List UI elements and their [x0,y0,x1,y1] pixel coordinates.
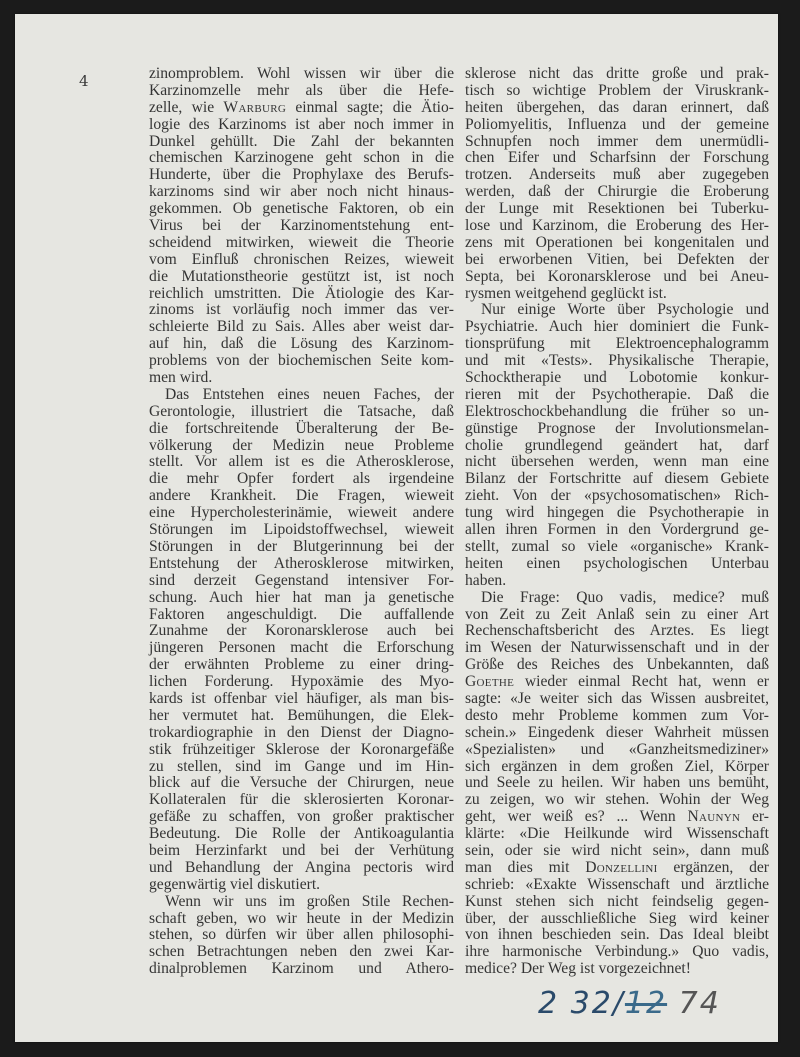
author-name: Donzellini [585,859,657,876]
text-line: men wird. [149,370,454,387]
text-line: Faktoren angeschuldigt. Die auffallende [149,607,454,624]
text-line: Virus bei der Karzinomentstehung ent- [149,218,454,235]
text-line: sklerose nicht das dritte große und prak… [465,66,769,83]
text-line: die fortschreitende Überalterung der Be- [149,421,454,438]
text-line: günstige Prognose der Involutionsmelan- [465,421,769,438]
text-line: schen Betrachtungen neben den zwei Kar- [149,944,454,961]
right-text-column: sklerose nicht das dritte große und prak… [465,66,769,978]
text-line: schleierte Bild zu Sais. Alles aber weis… [149,319,454,336]
text-line: die mehr Opfer fordert als irgendeine [149,471,454,488]
text-line: andere Krankheit. Die Fragen, wieweit [149,488,454,505]
text-line: chemischen Karzinogene geht schon in die [149,150,454,167]
text-line: von ihnen beschieden sein. Das Ideal ble… [465,927,769,944]
text-line: Schocktherapie und Lobotomie konkur- [465,370,769,387]
text-line: «Spezialisten» und «Ganzheitsmediziner» [465,742,769,759]
text-line: Nur einige Worte über Psychologie und [465,302,769,319]
text-line: Poliomyelitis, Influenza und der gemeine [465,117,769,134]
text-line: Größe des Reiches des Unbekannten, daß [465,657,769,674]
text-line: scheidend mitwirken, wieweit die Theorie [149,235,454,252]
text-line: stik frühzeitiger Sklerose der Koronarge… [149,742,454,759]
text-line: Kollateralen für die sklerosierten Koron… [149,792,454,809]
text-line: allen ihren Formen in den Vordergrund ge… [465,522,769,539]
text-line: Hunderte, über die Prophylaxe des Berufs… [149,167,454,184]
text-line: stellt, zumal so viele «organische» Kran… [465,539,769,556]
text-line: heiten übergehen, das daran erinnert, da… [465,100,769,117]
author-name: Naunyn [687,808,740,825]
text-line: gefäße zu schaffen, von großer praktisch… [149,809,454,826]
text-line: schaft geben, wo wir heute in der Medizi… [149,911,454,928]
text-line: auf hin, daß die Lösung des Karzinom- [149,336,454,353]
text-line: schein.» Eingedenk dieser Wahrheit müsse… [465,725,769,742]
text-line: heiten einen psychologischen Unterbau [465,556,769,573]
text-line: zens mit Operationen bei kongenitalen un… [465,235,769,252]
text-line: im Wesen der Naturwissenschaft und in de… [465,640,769,657]
text-line: man dies mit Donzellini ergänzen, der [465,860,769,877]
text-line: trotzen. Anderseits muß aber zugegeben [465,167,769,184]
text-line: Psychiatrie. Auch hier dominiert die Fun… [465,319,769,336]
text-line: zinoms ist vorläufig noch immer das ver- [149,302,454,319]
struck-number: 12 [625,986,667,1021]
text-line: Goethe wieder einmal Recht hat, wenn er [465,674,769,691]
text-line: rysmen weitgehend geglückt ist. [465,286,769,303]
author-name: Warburg [223,99,286,116]
text-line: zieht. Von der «psychosomatischen» Rich- [465,488,769,505]
text-line: über, der ausschließliche Sieg wird kein… [465,911,769,928]
text-line: zinomproblem. Wohl wissen wir über die [149,66,454,83]
text-line: Das Entstehen eines neuen Faches, der [149,387,454,404]
text-line: zu stellen, sind im Gange und im Hin- [149,759,454,776]
text-line: problems von der biochemischen Seite kom… [149,353,454,370]
ink-number: 2 32/ [538,986,625,1021]
text-line: lichen Forderung. Hypoxämie des Myo- [149,674,454,691]
text-line: beim Herzinfarkt und bei der Verhütung [149,843,454,860]
text-line: stehen, so dürfen wir über allen philoso… [149,927,454,944]
text-line: Störungen in der Blutgerinnung bei der [149,539,454,556]
text-line: Gerontologie, illustriert die Tatsache, … [149,404,454,421]
text-line: zelle, wie Warburg einmal sagte; die Äti… [149,100,454,117]
text-line: Störungen im Lipoidstoffwechsel, wieweit [149,522,454,539]
text-line: Karzinomzelle mehr als über die Hefe- [149,83,454,100]
text-line: lose und Karzinom, die Eroberung des Her… [465,218,769,235]
text-line: Schnupfen noch immer dem unermüdli- [465,134,769,151]
text-line: Bilanz der Fortschritte auf diesem Gebie… [465,471,769,488]
text-line: klärte: «Die Heilkunde wird Wissenschaft [465,826,769,843]
text-line: stellt. Vor allem ist es die Atheroskler… [149,454,454,471]
text-line: Zunahme der Koronarsklerose auch bei [149,623,454,640]
text-line: dinalproblemen Karzinom und Athero- [149,961,454,978]
text-line: ihre harmonische Verbindung.» Quo vadis, [465,944,769,961]
text-line: desto mehr Probleme kommen zum Vor- [465,708,769,725]
text-line: völkerung der Medizin neue Probleme [149,438,454,455]
text-line: sein, oder sie wird nicht sein», dann mu… [465,843,769,860]
text-line: tionsprüfung mit Elektroencephalogramm [465,336,769,353]
text-line: schung. Auch hier hat man ja genetische [149,590,454,607]
text-line: Dunkel gehüllt. Die Zahl der bekannten [149,134,454,151]
text-line: jüngeren Personen macht die Erforschung [149,640,454,657]
text-line: Entstehung der Atherosklerose mitwirken, [149,556,454,573]
text-line: der erwähnten Probleme zu einer dring- [149,657,454,674]
text-line: Rechenschaftsbericht des Arztes. Es lieg… [465,623,769,640]
text-line: blick auf die Versuche der Chirurgen, ne… [149,775,454,792]
text-line: tung wird hingegen die Psychotherapie in [465,505,769,522]
text-line: und Behandlung der Angina pectoris wird [149,860,454,877]
text-line: Kunst stehen sich nicht feindselig gegen… [465,894,769,911]
text-line: Die Frage: Quo vadis, medice? muß [465,590,769,607]
text-line: kards ist offenbar viel häufiger, als ma… [149,691,454,708]
pencil-number: 74 [679,986,721,1021]
text-line: tisch so wichtige Problem der Viruskrank… [465,83,769,100]
text-line: Wenn wir uns im großen Stile Rechen- [149,894,454,911]
text-line: cholie grundlegend geändert hat, darf [465,438,769,455]
text-line: zu zeigen, wo wir stehen. Wohin der Weg [465,792,769,809]
text-line: sich ergänzen in dem großen Ziel, Körper [465,759,769,776]
text-line: eine Hypercholesterinämie, wieweit ander… [149,505,454,522]
text-line: von Zeit zu Zeit Anlaß sein zu einer Art [465,607,769,624]
text-line: medice? Der Weg ist vorgezeichnet! [465,961,769,978]
left-text-column: zinomproblem. Wohl wissen wir über dieKa… [149,66,454,978]
text-line: die Mutationstheorie gestützt ist, ist n… [149,269,454,286]
text-line: geht, wer weiß es? ... Wenn Naunyn er- [465,809,769,826]
text-line: sind derzeit Gegenstand intensiver For- [149,573,454,590]
text-line: reichlich umstritten. Die Ätiologie des … [149,286,454,303]
text-line: vom Einfluß chronischen Reizes, wieweit [149,252,454,269]
text-line: Bedeutung. Die Rolle der Antikoagulantia [149,826,454,843]
text-line: haben. [465,573,769,590]
text-line: nicht übersehen werden, wenn man eine [465,454,769,471]
text-line: trokardiographie in den Dienst der Diagn… [149,725,454,742]
text-line: werden, daß der Chirurgie die Eroberung [465,184,769,201]
text-line: chen Eifer und Scharfsinn der Forschung [465,150,769,167]
text-line: Elektroschockbehandlung die früher so un… [465,404,769,421]
text-line: sagte: «Je weiter sich das Wissen ausbre… [465,691,769,708]
text-line: rieren mit der Psychotherapie. Daß die [465,387,769,404]
handwritten-archive-number: 2 32/12 74 [538,986,721,1021]
text-line: und mit «Tests». Physikalische Therapie, [465,353,769,370]
text-line: der Lunge mit Resektionen bei Tuberku- [465,201,769,218]
text-line: logie des Karzinoms ist aber noch immer … [149,117,454,134]
text-line: schrieb: «Exakte Wissenschaft und ärztli… [465,877,769,894]
author-name: Goethe [465,673,514,690]
text-line: Septa, bei Koronarsklerose und bei Aneu- [465,269,769,286]
text-line: und Seele zu heilen. Wir haben uns bemüh… [465,775,769,792]
text-line: gekommen. Ob genetische Faktoren, ob ein [149,201,454,218]
text-line: bei erworbenen Vitien, bei Defekten der [465,252,769,269]
text-line: gegenwärtig viel diskutiert. [149,877,454,894]
text-line: her vermutet hat. Bemühungen, die Elek- [149,708,454,725]
text-line: karzinoms sind wir aber noch nicht hinau… [149,184,454,201]
page-number: 4 [79,72,89,90]
document-page: 4 zinomproblem. Wohl wissen wir über die… [15,14,778,1042]
